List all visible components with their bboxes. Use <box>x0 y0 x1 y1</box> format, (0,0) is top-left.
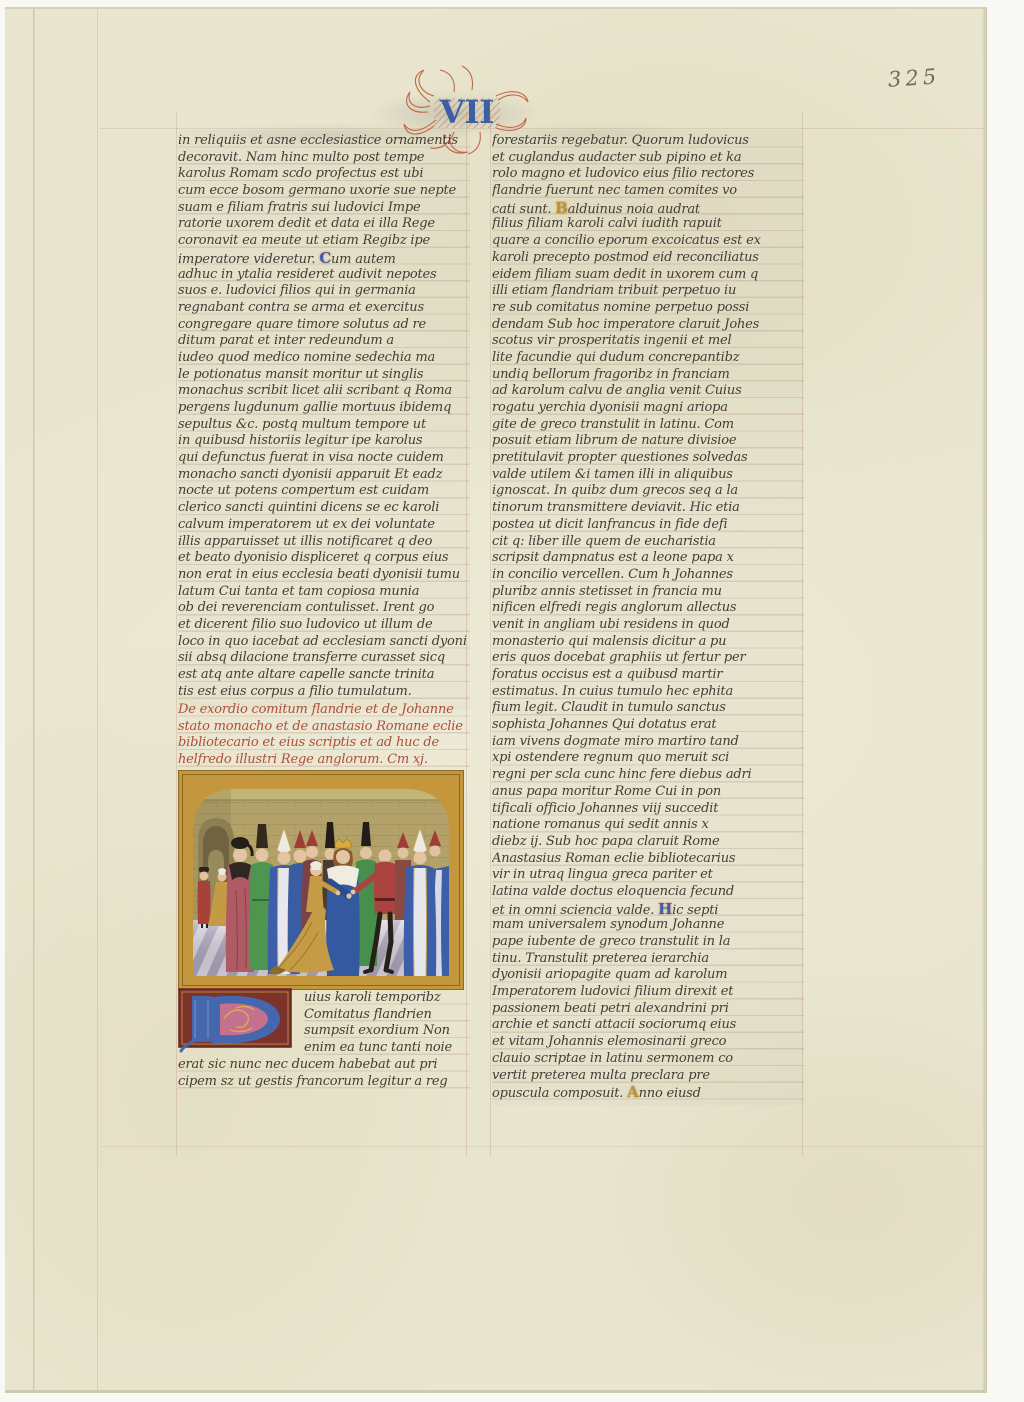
text-line: nificen elfredi regis anglorum allectus <box>492 600 804 617</box>
text-line: nocte ut potens compertum est cuidam <box>178 483 470 500</box>
text-line: illi etiam flandriam tribuit perpetuo iu <box>492 283 804 300</box>
initial-side-text: uius karoli temporibzComitatus flandrien… <box>304 990 470 1057</box>
text-line: cipem sz ut gestis francorum legitur a r… <box>178 1074 470 1091</box>
text-line: anus papa moritur Rome Cui in pon <box>492 784 804 801</box>
text-line: tis est eius corpus a filio tumulatum. <box>178 684 470 701</box>
decorated-initial-h <box>178 988 298 1054</box>
page-crease-faint <box>97 7 98 1393</box>
text-line: scotus vir prosperitatis ingenii et mel <box>492 333 804 350</box>
text-line: diebz ij. Sub hoc papa claruit Rome <box>492 834 804 851</box>
text-line: et dicerent filio suo ludovico ut illum … <box>178 617 470 634</box>
text-line: karolus Romam scdo profectus est ubi <box>178 166 470 183</box>
text-line: coronavit ea meute ut etiam Regibz ipe <box>178 233 470 250</box>
line-text: imperatore videretur. <box>178 252 319 267</box>
text-line: in reliquiis et asne ecclesiastice ornam… <box>178 133 470 150</box>
pen-initial-c: C <box>319 249 331 267</box>
text-line: pape iubente de greco transtulit in la <box>492 934 804 951</box>
text-line: est atq ante altare capelle sancte trini… <box>178 667 470 684</box>
text-line: illis apparuisset ut illis notificaret q… <box>178 534 470 551</box>
text-line: enim ea tunc tanti noie <box>304 1040 470 1057</box>
rubric-text: De exordio comitum flandrie et de Johann… <box>178 702 470 769</box>
text-line: sii absq dilacione transferre curasset s… <box>178 650 470 667</box>
text-line: xpi ostendere regnum quo meruit sci <box>492 750 804 767</box>
rubric-line: De exordio comitum flandrie et de Johann… <box>178 702 470 719</box>
text-line: et vitam Johannis elemosinarii greco <box>492 1034 804 1051</box>
line-text: um autem <box>331 252 396 267</box>
text-line: gite de greco transtulit in latinu. Com <box>492 417 804 434</box>
text-line: filius filiam karoli calvi iudith rapuit <box>492 216 804 233</box>
left-column-text: in reliquiis et asne ecclesiastice ornam… <box>178 133 470 701</box>
line-text: et in omni sciencia valde. <box>492 903 658 918</box>
text-line: cit q: liber ille quem de eucharistia <box>492 534 804 551</box>
text-line: cum ecce bosom germano uxorie sue nepte <box>178 183 470 200</box>
text-line: erat sic nunc nec ducem habebat aut pri <box>178 1057 470 1074</box>
text-line: iam vivens dogmate miro martiro tand <box>492 734 804 751</box>
text-line: pergens lugdunum gallie mortuus ibidemq <box>178 400 470 417</box>
text-line: natione romanus qui sedit annis x <box>492 817 804 834</box>
text-line: valde utilem &i tamen illi in aliquibus <box>492 467 804 484</box>
text-line: sumpsit exordium Non <box>304 1023 470 1040</box>
text-line: monachus scribit licet alii scribant q R… <box>178 383 470 400</box>
text-line: et cuglandus audacter sub pipino et ka <box>492 150 804 167</box>
text-line: Anastasius Roman eclie bibliotecarius <box>492 851 804 868</box>
text-line: ignoscat. In quibz dum grecos seq a la <box>492 483 804 500</box>
chapter-numeral: VII <box>439 93 495 131</box>
miniature-illumination <box>178 770 464 990</box>
rubric-line: helfredo illustri Rege anglorum. Cm xj. <box>178 752 470 769</box>
ruling-vertical-left-outer <box>176 112 177 1156</box>
text-line: dendam Sub hoc imperatore claruit Johes <box>492 317 804 334</box>
text-line: Comitatus flandrien <box>304 1007 470 1024</box>
text-line: ratorie uxorem dedit et data ei illa Reg… <box>178 216 470 233</box>
text-line: decoravit. Nam hinc multo post tempe <box>178 150 470 167</box>
text-line: flandrie fuerunt nec tamen comites vo <box>492 183 804 200</box>
text-line: venit in angliam ubi residens in quod <box>492 617 804 634</box>
text-line: iudeo quod medico nomine sedechia ma <box>178 350 470 367</box>
text-line: non erat in eius ecclesia beati dyonisii… <box>178 567 470 584</box>
text-line: eris quos docebat graphiis ut fertur per <box>492 650 804 667</box>
text-line: imperatore videretur. Cum autem <box>178 250 470 267</box>
text-line: ditum parat et inter redeundum a <box>178 333 470 350</box>
text-line: latina valde doctus eloquencia fecund <box>492 884 804 901</box>
text-line: cati sunt. Balduinus noia audrat <box>492 200 804 217</box>
page-edge-right <box>982 7 987 1393</box>
text-line: archie et sancti attacii sociorumq eius <box>492 1017 804 1034</box>
text-line: sophista Johannes Qui dotatus erat <box>492 717 804 734</box>
text-line: fium legit. Claudit in tumulo sanctus <box>492 700 804 717</box>
text-line: sepultus &c. postq multum tempore ut <box>178 417 470 434</box>
text-line: clerico sancti quintini dicens se ec kar… <box>178 500 470 517</box>
text-line: vertit preterea multa preclara pre <box>492 1068 804 1085</box>
text-line: regnabant contra se arma et exercitus <box>178 300 470 317</box>
text-line: et beato dyonisio displiceret q corpus e… <box>178 550 470 567</box>
text-line: monasterio qui malensis dicitur a pu <box>492 634 804 651</box>
text-line: pretitulavit propter questiones solvedas <box>492 450 804 467</box>
ruling-horizontal-bottom <box>100 1146 984 1147</box>
line-text: opuscula composuit. <box>492 1086 627 1101</box>
text-line: clauio scriptae in latinu sermonem co <box>492 1051 804 1068</box>
text-line: regni per scla cunc hinc fere diebus adr… <box>492 767 804 784</box>
text-line: tinorum transmittere deviavit. Hic etia <box>492 500 804 517</box>
text-line: ob dei reverenciam contulisset. Irent go <box>178 600 470 617</box>
text-line: suam e filiam fratris sui ludovici Impe <box>178 200 470 217</box>
text-line: loco in quo iacebat ad ecclesiam sancti … <box>178 634 470 651</box>
text-line: scripsit dampnatus est a leone papa x <box>492 550 804 567</box>
text-line: rogatu yerchia dyonisii magni ariopa <box>492 400 804 417</box>
text-line: congregare quare timore solutus ad re <box>178 317 470 334</box>
text-line: le potionatus mansit moritur ut singlis <box>178 367 470 384</box>
text-line: estimatus. In cuius tumulo hec ephita <box>492 684 804 701</box>
text-line: mam universalem synodum Johanne <box>492 917 804 934</box>
pen-initial-b: B <box>555 199 567 217</box>
text-line: monacho sancti dyonisii apparuit Et eadz <box>178 467 470 484</box>
page-edge-bottom <box>5 1390 987 1393</box>
folio-number: 325 <box>887 64 941 92</box>
line-text: alduinus noia audrat <box>568 202 700 217</box>
text-line: postea ut dicit lanfrancus in fide defi <box>492 517 804 534</box>
text-line: rolo magno et ludovico eius filio rector… <box>492 166 804 183</box>
text-line: karoli precepto postmod eid reconciliatu… <box>492 250 804 267</box>
page-edge-top <box>5 7 987 9</box>
text-line: undiq bellorum fragoribz in franciam <box>492 367 804 384</box>
text-line: eidem filiam suam dedit in uxorem cum q <box>492 267 804 284</box>
line-text: ic septi <box>672 903 718 918</box>
text-line: qui defunctus fuerat in visa nocte cuide… <box>178 450 470 467</box>
text-line: calvum imperatorem ut ex dei voluntate <box>178 517 470 534</box>
text-line: ad karolum calvu de anglia venit Cuius <box>492 383 804 400</box>
left-column-closing-text: erat sic nunc nec ducem habebat aut pric… <box>178 1057 470 1091</box>
text-line: uius karoli temporibz <box>304 990 470 1007</box>
text-line: foratus occisus est a quibusd martir <box>492 667 804 684</box>
text-line: in quibusd historiis legitur ipe karolus <box>178 433 470 450</box>
text-line: forestariis regebatur. Quorum ludovicus <box>492 133 804 150</box>
text-line: et in omni sciencia valde. Hic septi <box>492 901 804 918</box>
text-line: adhuc in ytalia resideret audivit nepote… <box>178 267 470 284</box>
pen-initial-a: A <box>627 1083 638 1101</box>
text-line: passionem beati petri alexandrini pri <box>492 1001 804 1018</box>
text-line: quare a concilio eporum excoicatus est e… <box>492 233 804 250</box>
ruling-vertical-right-inner <box>490 112 491 1156</box>
right-column-text: forestariis regebatur. Quorum ludovicuse… <box>492 133 804 1102</box>
miniature-scene <box>193 789 449 976</box>
text-line: pluribz annis stetisset in francia mu <box>492 584 804 601</box>
text-line: tinu. Transtulit preterea ierarchia <box>492 951 804 968</box>
text-line: vir in utraq lingua greca pariter et <box>492 867 804 884</box>
text-line: latum Cui tanta et tam copiosa munia <box>178 584 470 601</box>
text-line: re sub comitatus nomine perpetuo possi <box>492 300 804 317</box>
rubric-line: stato monacho et de anastasio Romane ecl… <box>178 719 470 736</box>
text-line: suos e. ludovici filios qui in germania <box>178 283 470 300</box>
page-gutter-crease <box>33 7 35 1393</box>
line-text: nno eiusd <box>639 1086 701 1101</box>
rubric-line: bibliotecario et eius scriptis et ad huc… <box>178 735 470 752</box>
text-line: posuit etiam librum de nature divisioe <box>492 433 804 450</box>
text-line: opuscula composuit. Anno eiusd <box>492 1084 804 1101</box>
text-line: dyonisii ariopagite quam ad karolum <box>492 967 804 984</box>
pen-initial-h: H <box>658 900 672 918</box>
text-line: lite facundie qui dudum concrepantibz <box>492 350 804 367</box>
text-line: Imperatorem ludovici filium direxit et <box>492 984 804 1001</box>
line-text: cati sunt. <box>492 202 555 217</box>
text-line: tificali officio Johannes viij succedit <box>492 801 804 818</box>
text-line: in concilio vercellen. Cum h Johannes <box>492 567 804 584</box>
